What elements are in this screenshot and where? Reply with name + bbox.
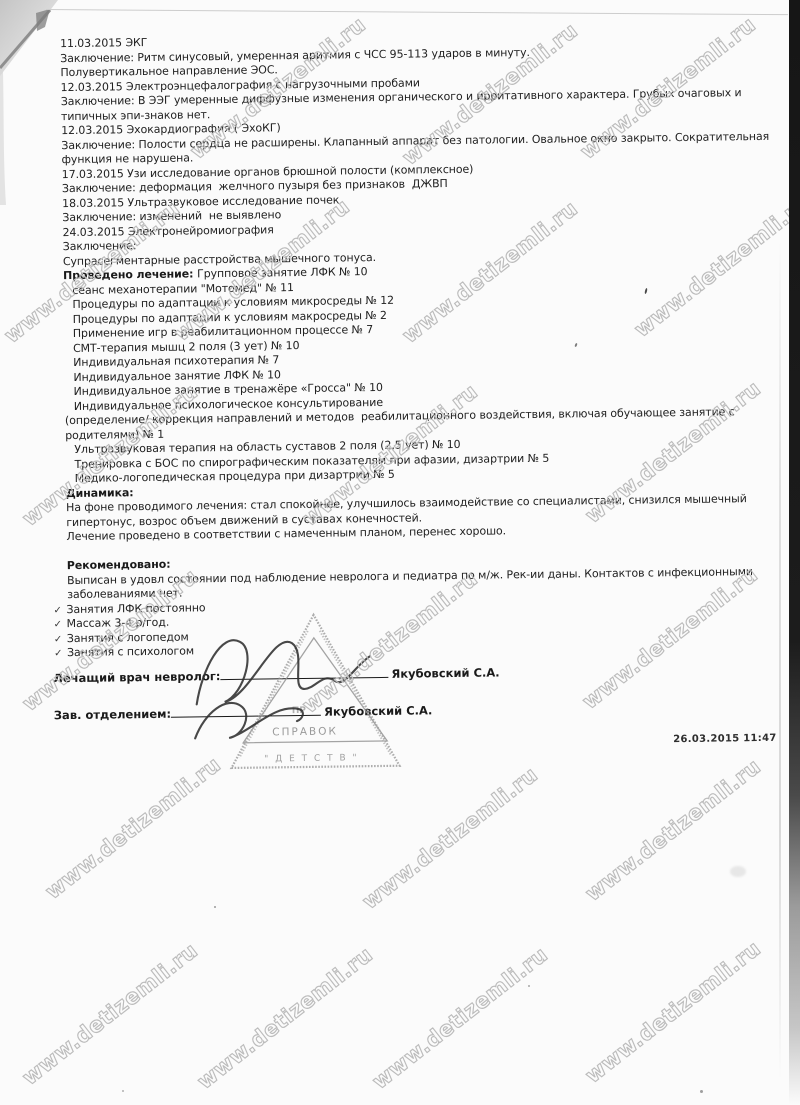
doc-line-text: Массаж 3-4 р/год. bbox=[67, 616, 170, 630]
scan-smudge bbox=[730, 866, 746, 877]
signature-stroke-upper bbox=[196, 638, 371, 704]
doc-line-text: СМТ-терапия мышц 2 поля (3 ует) № 10 bbox=[73, 339, 300, 355]
handwritten-signatures bbox=[158, 614, 420, 757]
doc-line-text: родителями) № 1 bbox=[65, 427, 164, 441]
scan-speck bbox=[122, 1090, 124, 1092]
scan-speck bbox=[214, 906, 216, 908]
doc-line-text: Заключение: bbox=[63, 239, 137, 253]
doc-line-text: 24.03.2015 Электронейромиография bbox=[62, 223, 273, 239]
doc-line-text: Занятия ЛФК постоянно bbox=[66, 601, 205, 616]
scan-speck bbox=[528, 985, 530, 987]
signature-stroke-lower bbox=[195, 702, 303, 738]
doc-line-text: Индивидуальное занятие ЛФК № 10 bbox=[73, 368, 281, 384]
doc-line-text: заболеваниями нет. bbox=[67, 587, 182, 602]
doc-line-text: Медико-логопедическая процедура при диза… bbox=[75, 468, 395, 485]
doc-line-heading: Рекомендовано: bbox=[67, 558, 171, 572]
checkmark-icon: ✓ bbox=[54, 618, 67, 632]
doc-line-text: сеанс механотерапии "Мотомед" № 11 bbox=[72, 281, 294, 297]
checkmark-icon: ✓ bbox=[53, 604, 66, 618]
doc-line-text: Индивидуальная психотерапия № 7 bbox=[73, 353, 279, 369]
page-fold-corner bbox=[0, 0, 230, 220]
checkmark-icon: ✓ bbox=[54, 633, 67, 647]
department-head-label: Зав. отделением: bbox=[54, 707, 171, 723]
scan-speck bbox=[700, 1090, 703, 1093]
left-edge-shading bbox=[0, 70, 6, 205]
scan-edge-right bbox=[789, 0, 800, 1105]
doc-line-text: Применение игр в реабилитационном процес… bbox=[73, 323, 373, 340]
doc-line-heading: Проведено лечение: bbox=[63, 267, 197, 282]
doc-line-text: Групповое занятие ЛФК № 10 bbox=[197, 265, 368, 280]
checkmark-icon: ✓ bbox=[54, 647, 67, 661]
doc-line-heading: Динамика: bbox=[66, 486, 134, 500]
scanned-medical-document: 11.03.2015 ЭКГЗаключение: Ритм синусовый… bbox=[0, 0, 800, 1105]
scan-timestamp: 26.03.2015 11:47 bbox=[673, 733, 777, 745]
